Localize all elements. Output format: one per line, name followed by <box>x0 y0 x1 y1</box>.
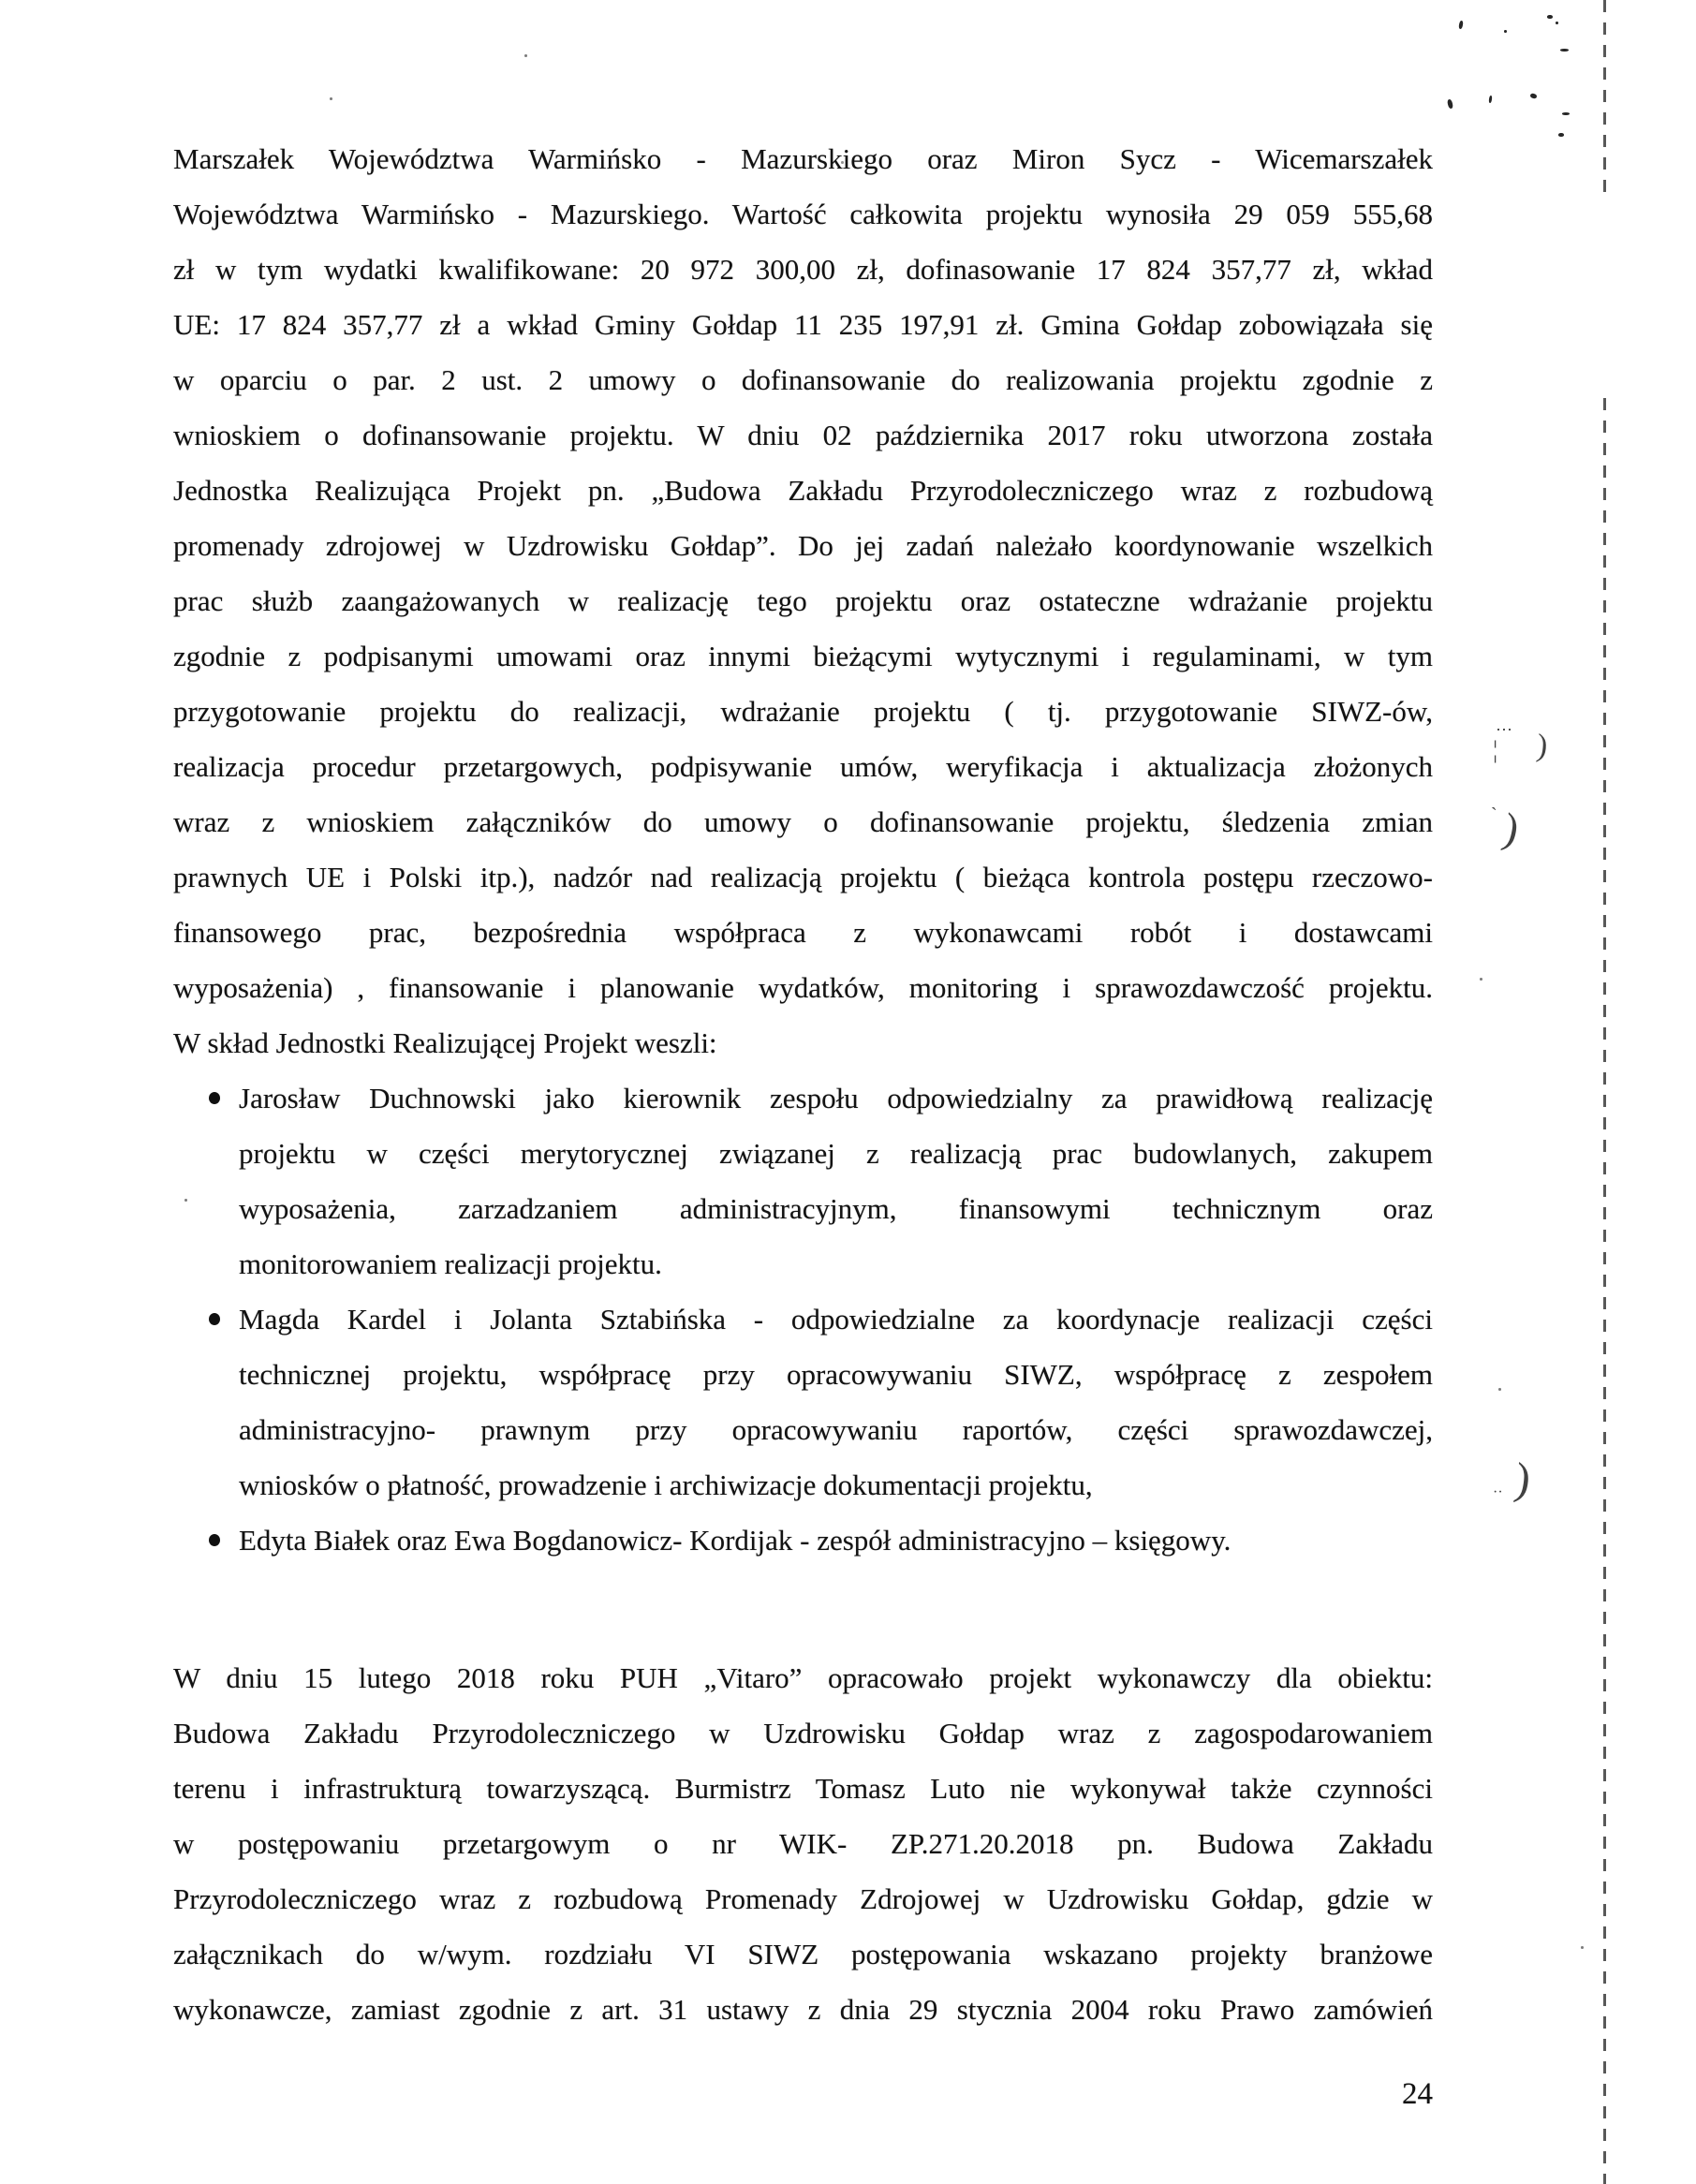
scan-speck <box>1529 93 1537 99</box>
bullet-item-bialek-bogdanowicz: Edyta Białek oraz Ewa Bogdanowicz- Kordi… <box>173 1513 1433 1568</box>
bullet-item-kardel-sztabinska: Magda Kardel i Jolanta Sztabińska - odpo… <box>173 1291 1433 1513</box>
text-line: załącznikach do w/wym. rozdziału VI SIWZ… <box>173 1926 1433 1982</box>
scan-mark-tick: ` <box>1491 805 1497 824</box>
paragraph-2: W dniu 15 lutego 2018 roku PUH „Vitaro” … <box>173 1650 1433 2037</box>
scanned-document-page: ⋯ ¦ ) ` ) ·· ) Marszałek Województwa War… <box>0 0 1696 2184</box>
text-line: Jarosław Duchnowski jako kierownik zespo… <box>239 1070 1433 1126</box>
scan-mark-dots: ·· <box>1493 1485 1503 1500</box>
scan-edge-line <box>1603 0 1606 201</box>
text-line: Marszałek Województwa Warmińsko - Mazurs… <box>173 131 1433 186</box>
text-line: finansowego prac, bezpośrednia współprac… <box>173 905 1433 960</box>
text-line: terenu i infrastrukturą towarzyszącą. Bu… <box>173 1761 1433 1816</box>
bullet-icon <box>209 1313 220 1325</box>
bullet-icon <box>209 1534 220 1546</box>
scan-speck <box>524 54 527 57</box>
text-line: UE: 17 824 357,77 zł a wkład Gminy Gołda… <box>173 297 1433 352</box>
text-line: Jednostka Realizująca Projekt pn. „Budow… <box>173 463 1433 518</box>
text-line: wyposażenia) , finansowanie i planowanie… <box>173 960 1433 1015</box>
text-line: technicznej projektu, współpracę przy op… <box>239 1347 1433 1402</box>
text-line: wnioskiem o dofinansowanie projektu. W d… <box>173 407 1433 463</box>
scan-mark-paren: ) <box>1535 730 1549 763</box>
text-line: projektu w części merytorycznej związane… <box>239 1126 1433 1181</box>
text-line: realizacja procedur przetargowych, podpi… <box>173 739 1433 794</box>
text-line: wniosków o płatność, prowadzenie i archi… <box>239 1457 1433 1513</box>
bullet-icon <box>209 1092 220 1104</box>
body-text: Marszałek Województwa Warmińsko - Mazurs… <box>173 131 1433 2037</box>
text-line: wyposażenia, zarzadzaniem administracyjn… <box>239 1181 1433 1236</box>
scan-mark-paren: ) <box>1499 806 1523 851</box>
text-line: administracyjno- prawnym przy opracowywa… <box>239 1402 1433 1457</box>
text-line: zł w tym wydatki kwalifikowane: 20 972 3… <box>173 242 1433 297</box>
text-line: Magda Kardel i Jolanta Sztabińska - odpo… <box>239 1291 1433 1347</box>
text-line: W dniu 15 lutego 2018 roku PUH „Vitaro” … <box>173 1650 1433 1705</box>
text-line: Województwa Warmińsko - Mazurskiego. War… <box>173 186 1433 242</box>
scan-speck <box>1480 978 1482 981</box>
scan-speck <box>1547 15 1553 19</box>
scan-speck <box>1558 133 1564 137</box>
text-line: monitorowaniem realizacji projektu. <box>239 1236 1433 1291</box>
bullet-item-duchnowski: Jarosław Duchnowski jako kierownik zespo… <box>173 1070 1433 1291</box>
text-line: w oparciu o par. 2 ust. 2 umowy o dofina… <box>173 352 1433 407</box>
text-line: wykonawcze, zamiast zgodnie z art. 31 us… <box>173 1982 1433 2037</box>
scan-mark-arc: ⋯ <box>1496 721 1514 738</box>
page-number: 24 <box>1402 2077 1433 2112</box>
scan-speck <box>1504 30 1507 33</box>
scan-speck <box>330 97 332 100</box>
text-line: przygotowanie projektu do realizacji, wd… <box>173 684 1433 739</box>
scan-edge-line <box>1603 398 1606 2184</box>
scan-mark-paren: ) <box>1512 1456 1534 1503</box>
text-line: Przyrodoleczniczego wraz z rozbudową Pro… <box>173 1871 1433 1926</box>
scan-speck <box>1581 1946 1584 1949</box>
text-line: w postępowaniu przetargowym o nr WIK- ZP… <box>173 1816 1433 1871</box>
text-line: prawnych UE i Polski itp.), nadzór nad r… <box>173 849 1433 905</box>
scan-speck <box>1556 22 1558 24</box>
text-line: prac służb zaangażowanych w realizację t… <box>173 573 1433 628</box>
text-line: promenady zdrojowej w Uzdrowisku Gołdap”… <box>173 518 1433 573</box>
scan-speck <box>1498 1388 1501 1391</box>
scan-mark-dash: ¦ <box>1493 738 1497 762</box>
paragraph-1: Marszałek Województwa Warmińsko - Mazurs… <box>173 131 1433 1070</box>
text-line: Edyta Białek oraz Ewa Bogdanowicz- Kordi… <box>239 1513 1433 1568</box>
scan-speck <box>1488 96 1492 103</box>
scan-speck <box>1562 112 1570 115</box>
text-line: W skład Jednostki Realizującej Projekt w… <box>173 1015 1433 1070</box>
text-line: wraz z wnioskiem załączników do umowy o … <box>173 794 1433 849</box>
text-line: zgodnie z podpisanymi umowami oraz innym… <box>173 628 1433 684</box>
scan-speck <box>1560 49 1569 52</box>
text-line: Budowa Zakładu Przyrodoleczniczego w Uzd… <box>173 1705 1433 1761</box>
scan-speck <box>1447 99 1453 110</box>
scan-speck <box>1458 21 1464 30</box>
